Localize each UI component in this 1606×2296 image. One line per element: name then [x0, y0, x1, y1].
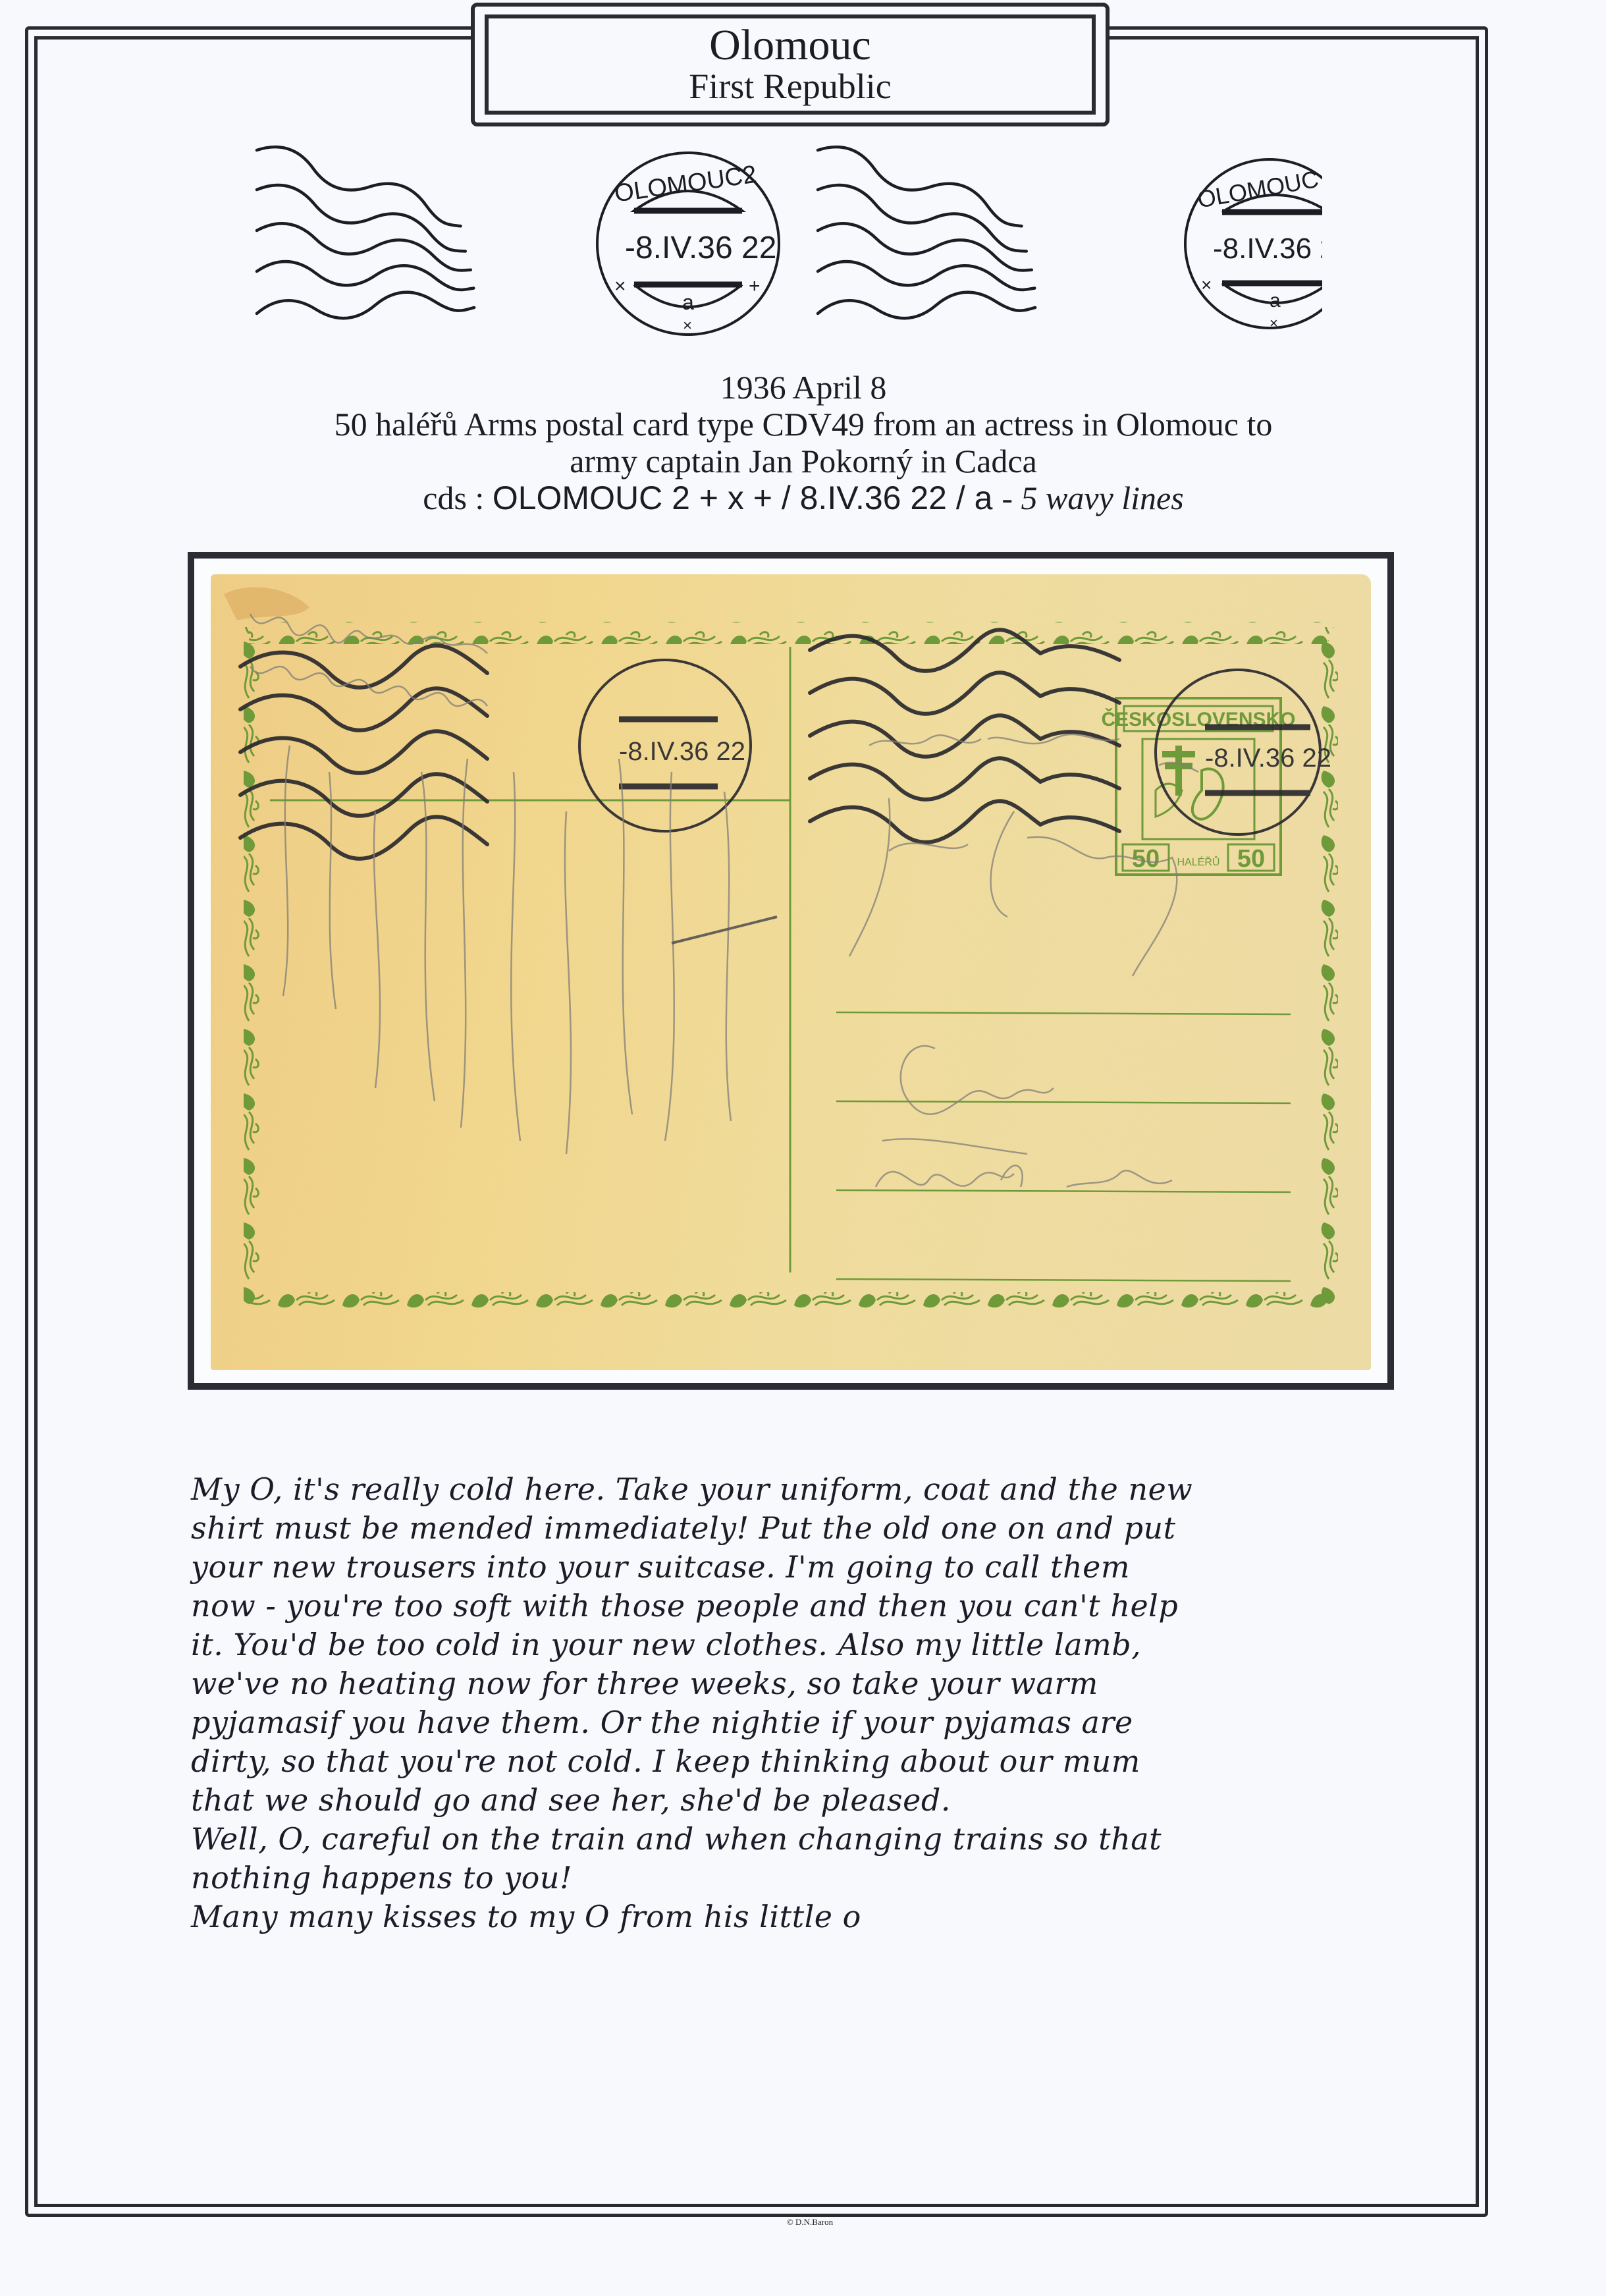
translation-line: we've no heating now for three weeks, so… — [191, 1664, 1403, 1703]
translation-line: dirty, so that you're not cold. I keep t… — [191, 1742, 1403, 1781]
cds-note: - 5 wavy lines — [1002, 479, 1183, 516]
postmark-illustrations: OLOMOUC2 -8.IV.36 22 a × + × OLOMOUC -8.… — [250, 132, 1383, 359]
translation-line: My O, it's really cold here. Take your u… — [191, 1470, 1403, 1509]
title-box-inner: Olomouc First Republic — [485, 14, 1096, 115]
svg-text:HALÉŘŮ: HALÉŘŮ — [1177, 856, 1220, 868]
caption-description-2: army captain Jan Pokorný in Cadca — [165, 443, 1442, 479]
translation-line: that we should go and see her, she'd be … — [191, 1781, 1403, 1820]
svg-text:a: a — [682, 290, 694, 314]
translation-line: shirt must be mended immediately! Put th… — [191, 1509, 1403, 1548]
caption-date: 1936 April 8 — [165, 369, 1442, 406]
copyright-notice: © D.N.Baron — [658, 2217, 961, 2228]
caption-description-1: 50 haléřů Arms postal card type CDV49 fr… — [165, 406, 1442, 443]
item-caption: 1936 April 8 50 haléřů Arms postal card … — [165, 369, 1442, 516]
page-title: Olomouc — [709, 24, 871, 67]
wavy-lines-icon — [254, 140, 475, 325]
postmark-date: -8.IV.36 22 — [625, 231, 776, 265]
translation-line: it. You'd be too cold in your new clothe… — [191, 1626, 1403, 1664]
letter-translation: My O, it's really cold here. Take your u… — [191, 1470, 1403, 1936]
svg-text:-8.IV.36 22: -8.IV.36 22 — [1213, 232, 1352, 265]
translation-line: Many many kisses to my O from his little… — [191, 1898, 1403, 1936]
svg-text:×: × — [614, 275, 626, 297]
translation-line: pyjamasif you have them. Or the nightie … — [191, 1703, 1403, 1742]
svg-text:×: × — [1270, 315, 1278, 331]
svg-text:×: × — [683, 317, 692, 335]
svg-text:OLOMOUC2: OLOMOUC2 — [613, 161, 759, 208]
svg-text:-8.IV.36 22: -8.IV.36 22 — [619, 737, 745, 766]
postmark-cds-icon: OLOMOUC2 -8.IV.36 22 a × + × — [597, 153, 779, 335]
svg-text:-8.IV.36 22: -8.IV.36 22 — [1205, 744, 1331, 773]
svg-text:×: × — [1201, 275, 1212, 295]
cds-value: OLOMOUC 2 + x + / 8.IV.36 22 / a — [493, 479, 1002, 516]
postmark-cds-icon: OLOMOUC -8.IV.36 22 a × × — [1185, 159, 1354, 331]
wavy-lines-icon — [815, 140, 1036, 325]
translation-line: Well, O, careful on the train and when c… — [191, 1820, 1403, 1859]
caption-cds-line: cds : OLOMOUC 2 + x + / 8.IV.36 22 / a -… — [165, 479, 1442, 516]
svg-text:50: 50 — [1237, 845, 1265, 873]
postal-card: ČESKOSLOVENSKO 50 HALÉŘŮ 50 — [211, 574, 1371, 1370]
page-subtitle: First Republic — [689, 67, 892, 105]
svg-text:OLOMOUC: OLOMOUC — [1195, 165, 1320, 213]
translation-line: your new trousers into your suitcase. I'… — [191, 1548, 1403, 1587]
svg-text:a: a — [1270, 290, 1281, 312]
svg-text:+: + — [749, 275, 761, 297]
translation-line: nothing happens to you! — [191, 1859, 1403, 1898]
postal-card-artwork: ČESKOSLOVENSKO 50 HALÉŘŮ 50 — [211, 574, 1371, 1370]
cds-label: cds : — [423, 479, 493, 516]
translation-line: now - you're too soft with those people … — [191, 1587, 1403, 1626]
